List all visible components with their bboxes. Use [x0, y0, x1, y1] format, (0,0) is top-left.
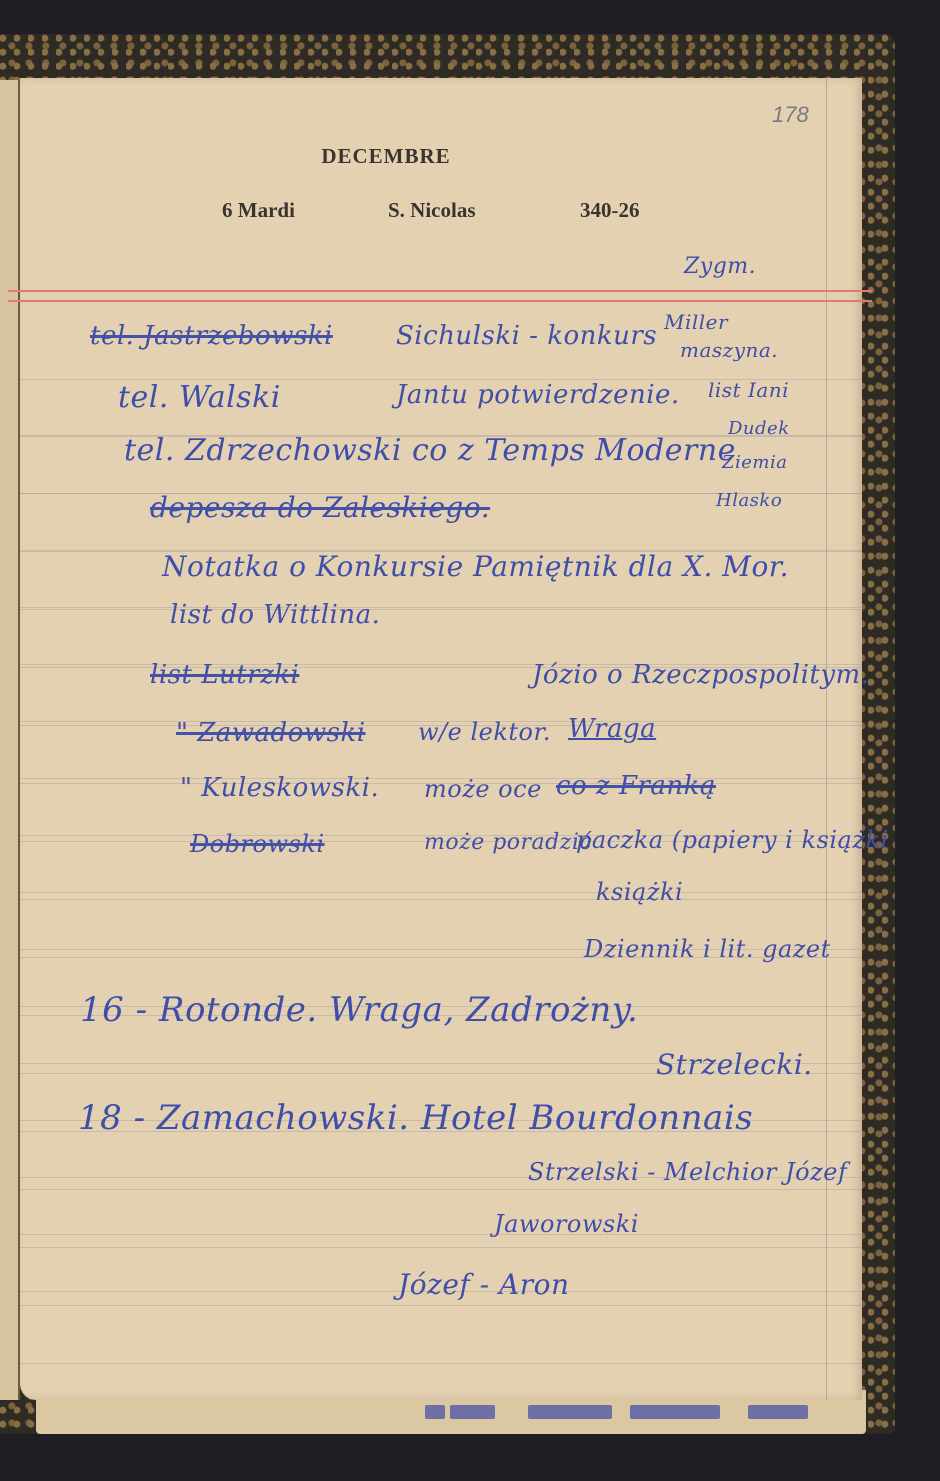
note-line: tel. Zdrzechowski co z Temps Moderne	[124, 433, 736, 468]
margin-note: maszyna.	[680, 338, 778, 362]
saint-label: S. Nicolas	[388, 198, 476, 223]
red-rule-bottom	[8, 300, 872, 302]
note-line: list Lutrzki	[150, 660, 299, 690]
note-line: Józio o Rzeczpospolitym.	[532, 660, 869, 690]
ink-bleed	[528, 1405, 612, 1419]
margin-note: Dudek	[728, 418, 790, 439]
note-line: Dobrowski	[190, 830, 325, 858]
ink-bleed	[450, 1405, 495, 1419]
note-line: książki	[596, 878, 683, 906]
margin-note: Ziemia	[722, 452, 787, 473]
note-line: list do Wittlina.	[170, 600, 380, 630]
page-number: 178	[772, 102, 809, 128]
note-line: może poradzić	[424, 830, 592, 855]
note-line: depesza do Zaleskiego.	[150, 491, 490, 524]
note-line: " Kuleskowski.	[180, 773, 379, 803]
note-line: Notatka o Konkursie Pamiętnik dla X. Mor…	[162, 550, 789, 583]
red-rule-top	[8, 290, 872, 292]
note-line: może oce	[424, 775, 542, 803]
margin-note: Zygm.	[684, 254, 756, 279]
note-line: " Zawadowski	[176, 718, 366, 748]
ink-bleed	[748, 1405, 808, 1419]
diary-page: 178 DECEMBRE 6 Mardi S. Nicolas 340-26 t…	[20, 78, 862, 1400]
note-line: Sichulski - konkurs	[396, 321, 657, 351]
margin-note: Hlasko	[716, 490, 782, 511]
margin-note: Miller	[664, 310, 728, 334]
note-line: 16 - Rotonde. Wraga, Zadrożny.	[80, 990, 638, 1030]
note-line: Jaworowski	[494, 1210, 639, 1238]
note-line: co z Franką	[556, 771, 716, 801]
margin-note: list Iani	[708, 378, 789, 402]
month-heading: DECEMBRE	[20, 144, 862, 169]
note-line: Strzelski - Melchior Józef	[528, 1158, 847, 1186]
day-of-year: 340-26	[580, 198, 640, 223]
ink-bleed	[630, 1405, 720, 1419]
note-line: Wraga	[568, 714, 656, 744]
note-line: Dziennik i lit. gazet	[584, 935, 831, 963]
note-line: w/e lektor.	[418, 718, 551, 746]
ink-bleed	[425, 1405, 445, 1419]
facing-page-edge	[0, 80, 20, 1400]
note-line: Strzelecki.	[656, 1048, 813, 1081]
note-line: paczka (papiery i książki	[576, 826, 889, 854]
note-line: tel. Jastrzebowski	[90, 321, 333, 351]
note-line: tel. Walski	[118, 380, 281, 415]
day-label: 6 Mardi	[222, 198, 295, 223]
note-line: 18 - Zamachowski. Hotel Bourdonnais	[78, 1098, 753, 1138]
margin-line	[826, 78, 827, 1400]
note-line: Jantu potwierdzenie.	[396, 380, 680, 410]
note-line: Józef - Aron	[398, 1268, 570, 1301]
